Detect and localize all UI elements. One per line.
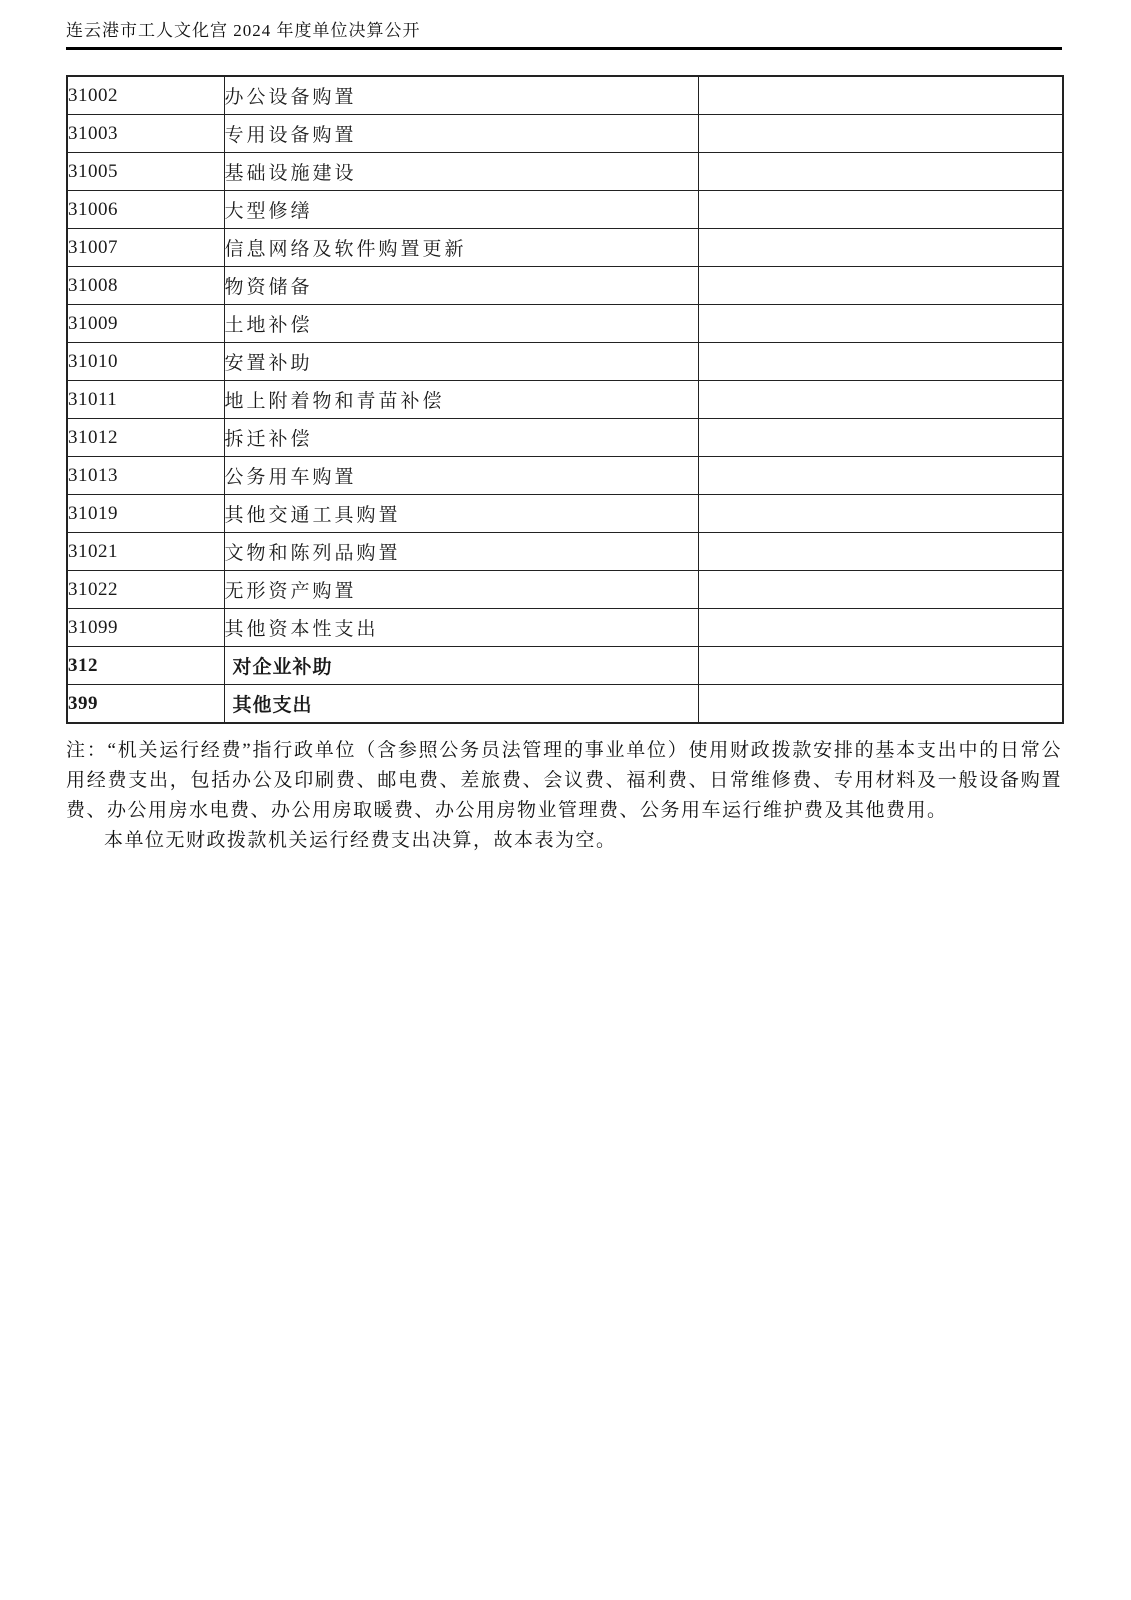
row-value-empty <box>698 647 1063 685</box>
row-label: 专用设备购置 <box>224 115 698 153</box>
table-row: 31099 其他资本性支出 <box>67 609 1063 647</box>
row-code: 31003 <box>67 115 224 153</box>
row-label: 其他交通工具购置 <box>224 495 698 533</box>
row-value-empty <box>698 76 1063 115</box>
row-label: 文物和陈列品购置 <box>224 533 698 571</box>
note-definition: 注：“机关运行经费”指行政单位（含参照公务员法管理的事业单位）使用财政拨款安排的… <box>66 736 1062 826</box>
row-code: 31005 <box>67 153 224 191</box>
row-value-empty <box>698 115 1063 153</box>
row-value-empty <box>698 305 1063 343</box>
row-value-empty <box>698 419 1063 457</box>
row-label: 基础设施建设 <box>224 153 698 191</box>
row-value-empty <box>698 343 1063 381</box>
table-row: 31021 文物和陈列品购置 <box>67 533 1063 571</box>
row-value-empty <box>698 571 1063 609</box>
table-row: 312 对企业补助 <box>67 647 1063 685</box>
row-value-empty <box>698 495 1063 533</box>
row-label: 公务用车购置 <box>224 457 698 495</box>
row-value-empty <box>698 457 1063 495</box>
row-label: 其他资本性支出 <box>224 609 698 647</box>
row-value-empty <box>698 153 1063 191</box>
table-row: 31005 基础设施建设 <box>67 153 1063 191</box>
row-label: 安置补助 <box>224 343 698 381</box>
row-code: 399 <box>67 685 224 724</box>
footnotes: 注：“机关运行经费”指行政单位（含参照公务员法管理的事业单位）使用财政拨款安排的… <box>66 736 1062 856</box>
table-row: 31007 信息网络及软件购置更新 <box>67 229 1063 267</box>
table-row: 31019 其他交通工具购置 <box>67 495 1063 533</box>
row-value-empty <box>698 229 1063 267</box>
row-code: 31006 <box>67 191 224 229</box>
row-value-empty <box>698 381 1063 419</box>
row-label: 土地补偿 <box>224 305 698 343</box>
row-code: 31099 <box>67 609 224 647</box>
row-code: 31010 <box>67 343 224 381</box>
row-label: 物资储备 <box>224 267 698 305</box>
table-row: 399 其他支出 <box>67 685 1063 724</box>
table-row: 31022 无形资产购置 <box>67 571 1063 609</box>
row-value-empty <box>698 267 1063 305</box>
row-value-empty <box>698 685 1063 724</box>
row-code: 31019 <box>67 495 224 533</box>
row-label: 对企业补助 <box>224 647 698 685</box>
row-code: 31009 <box>67 305 224 343</box>
row-code: 31013 <box>67 457 224 495</box>
table-row: 31012 拆迁补偿 <box>67 419 1063 457</box>
row-code: 31022 <box>67 571 224 609</box>
table-row: 31011 地上附着物和青苗补偿 <box>67 381 1063 419</box>
row-code: 31011 <box>67 381 224 419</box>
row-value-empty <box>698 609 1063 647</box>
expenditure-economic-classification-table: 31002 办公设备购置 31003 专用设备购置 31005 基础设施建设 3… <box>66 75 1064 724</box>
row-label: 信息网络及软件购置更新 <box>224 229 698 267</box>
row-code: 31008 <box>67 267 224 305</box>
row-code: 31021 <box>67 533 224 571</box>
row-value-empty <box>698 533 1063 571</box>
table-body: 31002 办公设备购置 31003 专用设备购置 31005 基础设施建设 3… <box>67 76 1063 723</box>
document-page: 连云港市工人文化宫 2024 年度单位决算公开 31002 办公设备购置 310… <box>0 0 1131 1600</box>
table-row: 31006 大型修缮 <box>67 191 1063 229</box>
row-label: 大型修缮 <box>224 191 698 229</box>
note-empty-table-statement: 本单位无财政拨款机关运行经费支出决算，故本表为空。 <box>66 826 1062 856</box>
row-label: 拆迁补偿 <box>224 419 698 457</box>
table-row: 31002 办公设备购置 <box>67 76 1063 115</box>
row-label: 地上附着物和青苗补偿 <box>224 381 698 419</box>
table-row: 31009 土地补偿 <box>67 305 1063 343</box>
row-code: 31007 <box>67 229 224 267</box>
row-code: 31002 <box>67 76 224 115</box>
row-label: 其他支出 <box>224 685 698 724</box>
table-row: 31003 专用设备购置 <box>67 115 1063 153</box>
document-header-title: 连云港市工人文化宫 2024 年度单位决算公开 <box>66 16 1062 50</box>
table-row: 31013 公务用车购置 <box>67 457 1063 495</box>
row-label: 无形资产购置 <box>224 571 698 609</box>
row-code: 31012 <box>67 419 224 457</box>
row-code: 312 <box>67 647 224 685</box>
row-value-empty <box>698 191 1063 229</box>
table-row: 31008 物资储备 <box>67 267 1063 305</box>
table-row: 31010 安置补助 <box>67 343 1063 381</box>
row-label: 办公设备购置 <box>224 76 698 115</box>
